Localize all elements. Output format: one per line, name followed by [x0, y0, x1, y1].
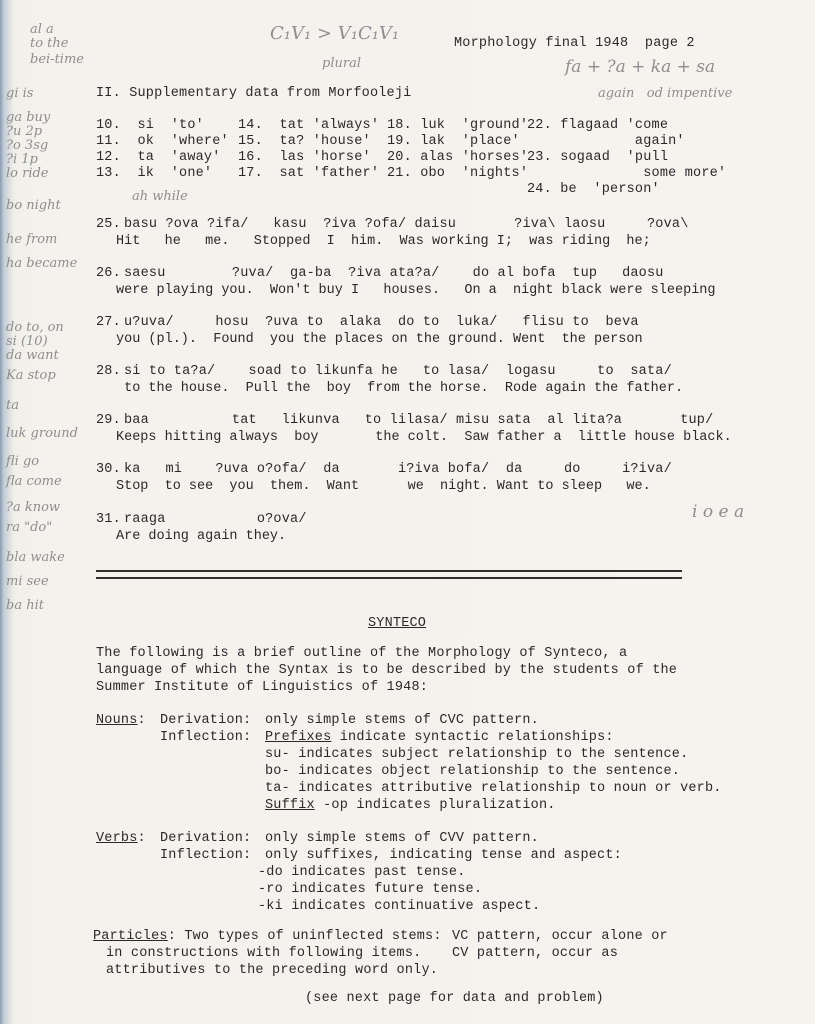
vocab-entry: 22. flagaad 'come — [527, 118, 668, 134]
handwritten-margin-note: ?u 2p — [6, 124, 42, 139]
nouns-derivation: only simple stems of CVC pattern. — [265, 713, 539, 729]
noun-prefix-item: bo- indicates object relationship to the… — [265, 764, 680, 780]
vocab-entry: 13. ik 'one' — [96, 166, 212, 182]
handwritten-margin-note: ba hit — [6, 598, 44, 613]
noun-prefix-item: ta- indicates attributive relationship t… — [265, 781, 722, 797]
handwritten-margin-note: fla come — [6, 474, 62, 489]
intro-line: language of which the Syntax is to be de… — [96, 663, 677, 679]
section-heading: II. Supplementary data from Morfooleji — [96, 86, 411, 102]
handwritten-note-vowels: i o e a — [692, 505, 744, 520]
verbs-derivation: only simple stems of CVV pattern. — [265, 831, 539, 847]
sentence-number: 30. — [96, 462, 121, 478]
sentence-number: 31. — [96, 512, 121, 528]
nouns-inflection: Prefixes indicate syntactic relationship… — [265, 730, 614, 746]
sentence-text: baa tat likunva to lilasa/ misu sata al … — [124, 413, 713, 429]
vocab-entry: again' — [527, 134, 685, 150]
handwritten-margin-note: da want — [6, 348, 59, 363]
handwritten-margin-note: bei-time — [30, 52, 84, 67]
vocab-entry: 15. ta? 'house' — [238, 134, 371, 150]
vocab-entry: 18. luk 'ground' — [387, 118, 528, 134]
particles-vc: VC pattern, occur alone or — [452, 929, 668, 945]
sentence-text: raaga o?ova/ — [124, 512, 307, 528]
vocab-entry: 20. alas 'horses' — [387, 150, 528, 166]
handwritten-margin-note: si (10) — [6, 334, 48, 349]
particles-line: in constructions with following items. — [106, 946, 421, 962]
vocab-entry: 24. be 'person' — [527, 182, 660, 198]
vocab-entry: 19. lak 'place' — [387, 134, 520, 150]
handwritten-margin-note: bo night — [6, 198, 61, 213]
handwritten-note-plural: plural — [322, 56, 361, 71]
vocab-entry: 11. ok 'where' — [96, 134, 229, 150]
sentence-text: si to ta?a/ soad to likunfa he to lasa/ … — [124, 364, 672, 380]
handwritten-margin-note: lo ride — [6, 166, 49, 181]
sentence-gloss: Are doing again they. — [116, 529, 286, 545]
handwritten-margin-note: gi is — [6, 86, 33, 101]
verbs-inflection-label: Inflection: — [160, 848, 251, 864]
handwritten-margin-note: fli go — [6, 454, 39, 469]
sentence-gloss: to the house. Pull the boy from the hors… — [116, 381, 683, 397]
page-header: Morphology final 1948 page 2 — [454, 36, 695, 52]
vocab-entry: 14. tat 'always' — [238, 118, 379, 134]
footer-note: (see next page for data and problem) — [305, 991, 604, 1007]
vocab-entry: 12. ta 'away' — [96, 150, 221, 166]
sentence-text: ka mi ?uva o?ofa/ da i?iva bofa/ da do i… — [124, 462, 672, 478]
sentence-gloss: you (pl.). Found you the places on the g… — [116, 332, 643, 348]
sentence-gloss: Hit he me. Stopped I him. Was working I;… — [116, 234, 651, 250]
sentence-number: 26. — [96, 266, 121, 282]
particles-cv: CV pattern, occur as — [452, 946, 618, 962]
handwritten-margin-note: ?o 3sg — [6, 138, 48, 153]
sentence-gloss: Stop to see you them. Want we night. Wan… — [116, 479, 651, 495]
intro-line: Summer Institute of Linguistics of 1948: — [96, 680, 428, 696]
handwritten-margin-note: to the — [30, 36, 68, 51]
handwritten-margin-note: ra "do" — [6, 520, 52, 535]
vocab-entry: 17. sat 'father' — [238, 166, 379, 182]
handwritten-margin-note: mi see — [6, 574, 49, 589]
particles-line: Particles: Two types of uninflected stem… — [93, 929, 442, 945]
sentence-gloss: Keeps hitting always boy the colt. Saw f… — [116, 430, 732, 446]
sentence-number: 27. — [96, 315, 121, 331]
vocab-entry: 16. las 'horse' — [238, 150, 371, 166]
intro-line: The following is a brief outline of the … — [96, 646, 627, 662]
handwritten-margin-note: ta — [6, 398, 19, 413]
sentence-number: 29. — [96, 413, 121, 429]
vocab-entry: 21. obo 'nights' — [387, 166, 528, 182]
verb-suffix-item: -ki indicates continuative aspect. — [258, 899, 540, 915]
handwritten-note-sound-rule: C₁V₁ > V₁C₁V₁ — [270, 26, 399, 41]
verbs-label: Verbs: — [96, 831, 146, 847]
nouns-label: Nouns: — [96, 713, 146, 729]
sentence-number: 25. — [96, 217, 121, 233]
sentence-number: 28. — [96, 364, 121, 380]
handwritten-margin-note: ?a know — [6, 500, 60, 515]
handwritten-margin-note: luk ground — [6, 426, 78, 441]
handwritten-note-suffixes: fa + ?a + ka + sa — [565, 60, 715, 75]
sentence-gloss: were playing you. Won't buy I houses. On… — [116, 283, 716, 299]
vocab-entry: 23. sogaad 'pull — [527, 150, 668, 166]
handwritten-margin-note: ha became — [6, 256, 77, 271]
nouns-inflection-label: Inflection: — [160, 730, 251, 746]
verb-suffix-item: -ro indicates future tense. — [258, 882, 482, 898]
synteco-title: SYNTECO — [368, 616, 426, 632]
noun-suffix: Suffix -op indicates pluralization. — [265, 798, 556, 814]
handwritten-margin-note: bla wake — [6, 550, 65, 565]
sentence-text: saesu ?uva/ ga-ba ?iva ata?a/ do al bofa… — [124, 266, 664, 282]
handwritten-margin-note: ?i 1p — [6, 152, 38, 167]
handwritten-margin-note: Ka stop — [6, 368, 56, 383]
handwritten-margin-note: al a — [30, 22, 54, 37]
divider-line — [96, 577, 682, 579]
vocab-entry: some more' — [527, 166, 726, 182]
handwritten-margin-note: he from — [6, 232, 57, 247]
verb-suffix-item: -do indicates past tense. — [258, 865, 466, 881]
vocab-entry: 10. si 'to' — [96, 118, 204, 134]
noun-prefix-item: su- indicates subject relationship to th… — [265, 747, 688, 763]
verbs-inflection: only suffixes, indicating tense and aspe… — [265, 848, 622, 864]
verbs-derivation-label: Derivation: — [160, 831, 251, 847]
sentence-text: u?uva/ hosu ?uva to alaka do to luka/ fl… — [124, 315, 639, 331]
sentence-text: basu ?ova ?ifa/ kasu ?iva ?ofa/ daisu ?i… — [124, 217, 689, 233]
scanned-page: Morphology final 1948 page 2 C₁V₁ > V₁C₁… — [0, 0, 815, 1024]
particles-line: attributives to the preceding word only. — [106, 963, 438, 979]
handwritten-margin-note: do to, on — [6, 320, 64, 335]
nouns-derivation-label: Derivation: — [160, 713, 251, 729]
divider-line — [96, 570, 682, 572]
handwritten-margin-note: ga buy — [6, 110, 50, 125]
handwritten-note-while: ah while — [132, 189, 188, 204]
handwritten-note-again: again od impentive — [598, 86, 732, 101]
